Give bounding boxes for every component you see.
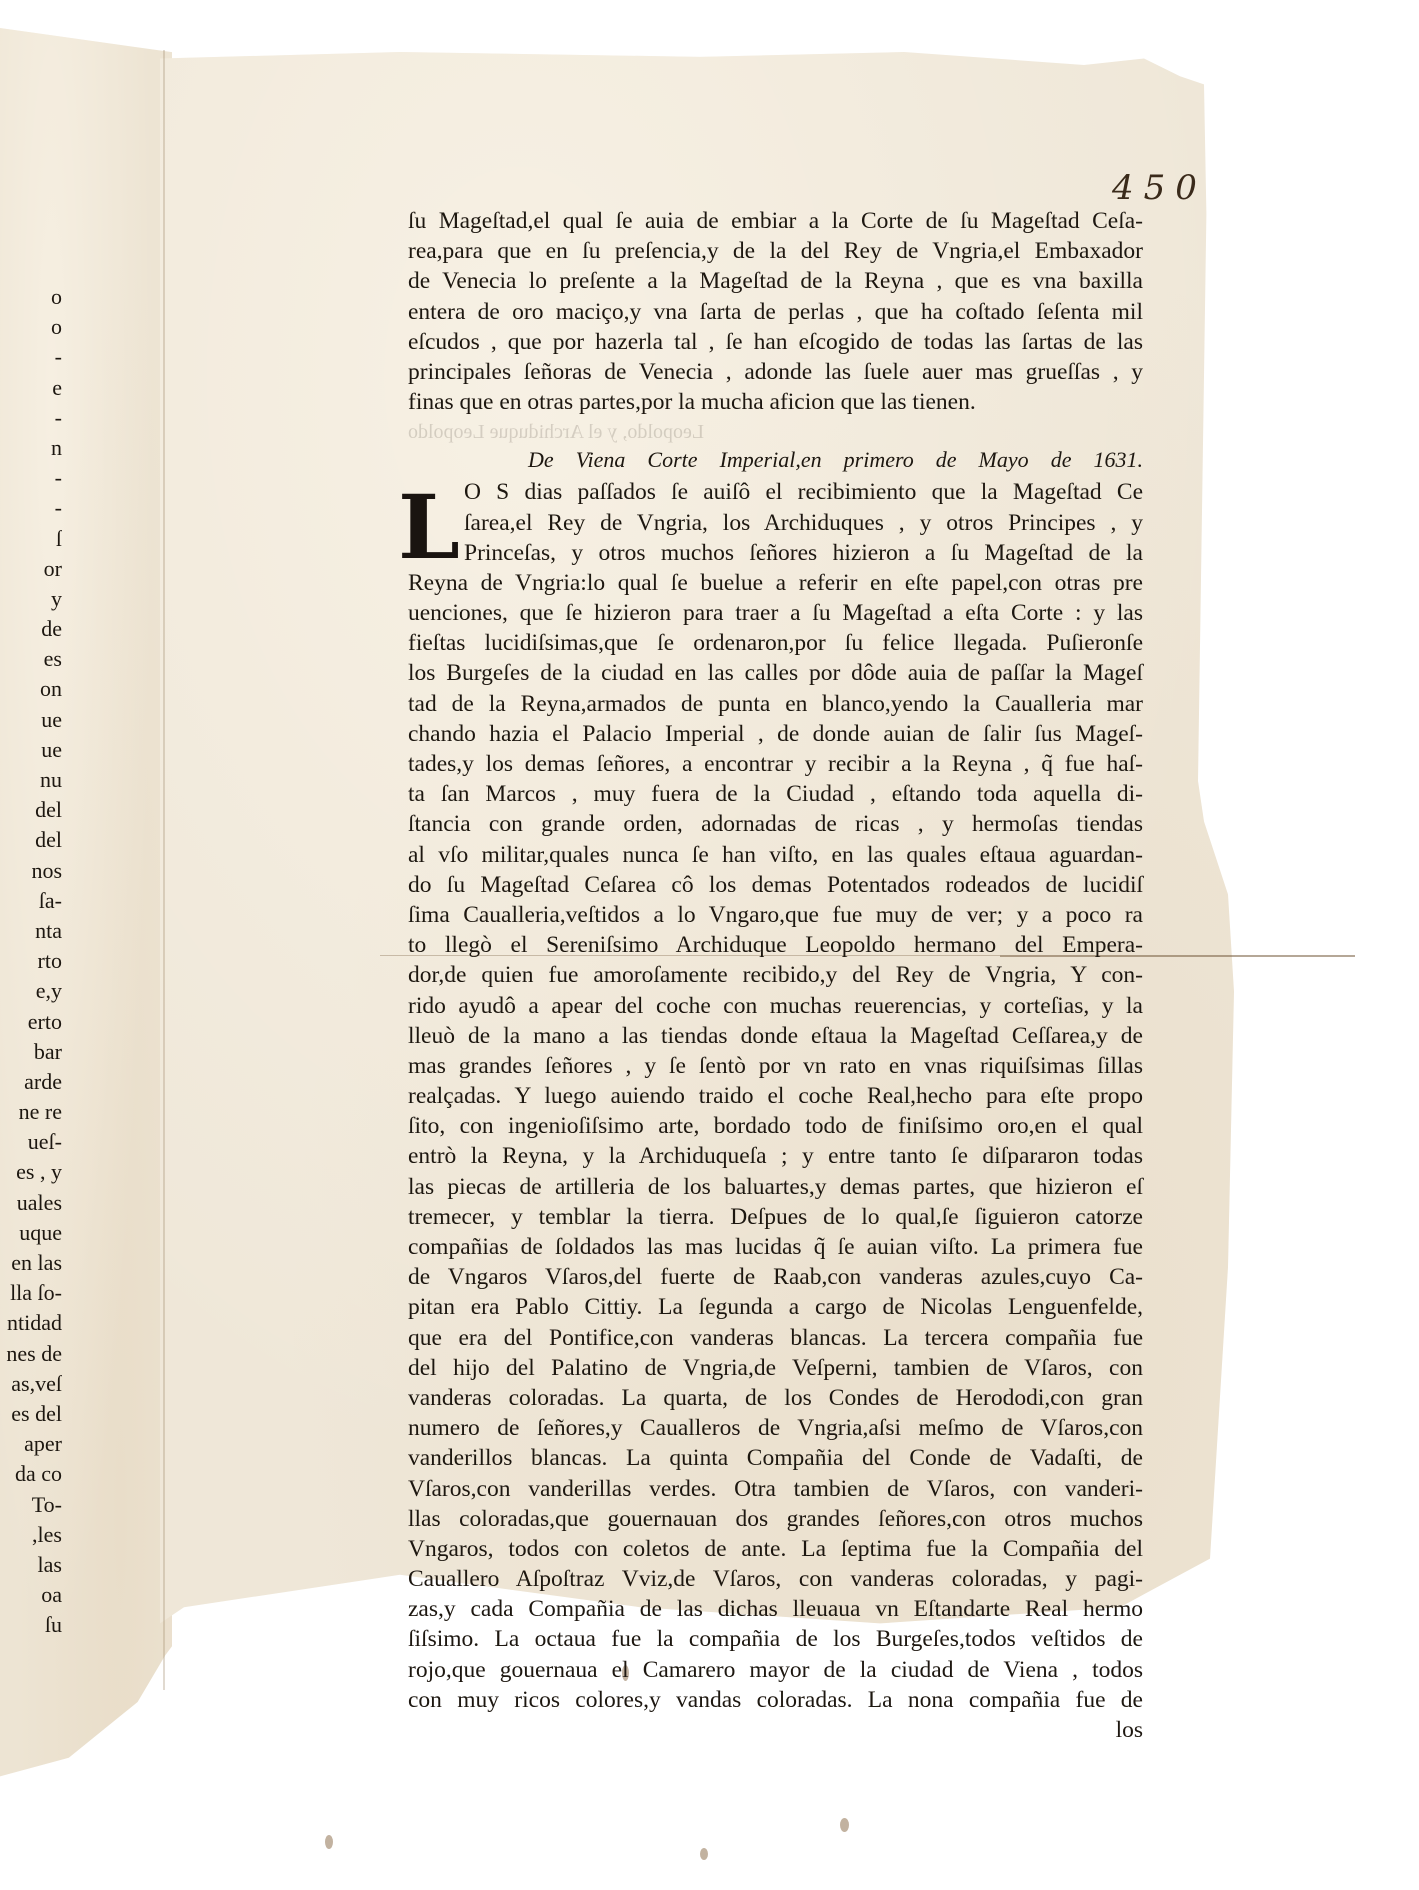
- left-page-fragment: arde: [0, 1067, 62, 1097]
- text-line: realçadas. Y luego auiendo traido el coc…: [408, 1081, 1143, 1111]
- text-line: de Vngaros Vſaros,del fuerte de Raab,con…: [408, 1262, 1143, 1292]
- foxing-stain: [325, 1835, 333, 1849]
- text-line: do ſu Mageſtad Ceſarea cô los demas Pote…: [408, 870, 1143, 900]
- left-page-fragment: es: [0, 644, 62, 674]
- foxing-stain: [700, 1848, 708, 1860]
- left-page-fragment: on: [0, 674, 62, 704]
- left-page-fragment: ,les: [0, 1520, 62, 1550]
- left-page-fragment: o: [0, 282, 62, 312]
- left-page-fragment: es , y: [0, 1157, 62, 1187]
- text-line: llas coloradas,que gouernauan dos grande…: [408, 1504, 1143, 1534]
- text-line: ta ſan Marcos , muy fuera de la Ciudad ,…: [408, 779, 1143, 809]
- left-page-fragment: uales: [0, 1188, 62, 1218]
- left-page-fragment: e: [0, 373, 62, 403]
- text-line: ſima Caualleria,veſtidos a lo Vngaro,que…: [408, 900, 1143, 930]
- text-line: compañias de ſoldados las mas lucidas q̃…: [408, 1232, 1143, 1262]
- left-page-fragment: bar: [0, 1037, 62, 1067]
- text-line: rojo,que gouernaua el Camarero mayor de …: [408, 1655, 1143, 1685]
- paragraph-1: ſu Mageſtad,el qual ſe auia de embiar a …: [408, 206, 1143, 417]
- left-page-fragment: or: [0, 554, 62, 584]
- text-line: entrò la Reyna, y la Archiduqueſa ; y en…: [408, 1141, 1143, 1171]
- text-line: rea,para que en ſu preſencia,y de la del…: [408, 236, 1143, 266]
- left-page-fragment: ue: [0, 735, 62, 765]
- text-line: ſito, con ingenioſiſsimo arte, bordado t…: [408, 1111, 1143, 1141]
- left-page-fragment: rto: [0, 946, 62, 976]
- page-fold-vertical: [163, 50, 165, 1690]
- text-line: tremecer, y temblar la tierra. Deſpues d…: [408, 1202, 1143, 1232]
- left-page-fragment: y: [0, 584, 62, 614]
- left-page-fragment: de: [0, 614, 62, 644]
- left-page-fragment: es del: [0, 1399, 62, 1429]
- text-line: pitan era Pablo Cittiy. La ſegunda a car…: [408, 1292, 1143, 1322]
- left-page-fragment: -: [0, 463, 62, 493]
- left-page-fragment: -: [0, 493, 62, 523]
- foxing-stain: [840, 1818, 849, 1832]
- text-line: Princeſas, y otros muchos ſeñores hizier…: [408, 538, 1143, 568]
- text-line: tades,y los demas ſeñores, a encontrar y…: [408, 749, 1143, 779]
- left-page-fragment: del: [0, 825, 62, 855]
- text-line: O S dias paſſados ſe auiſô el recibimien…: [408, 477, 1143, 507]
- left-page-fragment: ſu: [0, 1610, 62, 1640]
- text-line: ſiſsimo. La octaua fue la compañia de lo…: [408, 1624, 1143, 1654]
- text-line: tad de la Reyna,armados de punta en blan…: [408, 689, 1143, 719]
- left-page-fragment: nu: [0, 765, 62, 795]
- left-page-fragment: ne re: [0, 1097, 62, 1127]
- left-page-fragment: da co: [0, 1459, 62, 1489]
- left-page-fragment: e,y: [0, 976, 62, 1006]
- left-page-fragment: las: [0, 1550, 62, 1580]
- text-line: ſu Mageſtad,el qual ſe auia de embiar a …: [408, 206, 1143, 236]
- text-line: rido ayudô a apear del coche con muchas …: [408, 991, 1143, 1021]
- left-page-fragment: del: [0, 795, 62, 825]
- left-page-fragment: en las: [0, 1248, 62, 1278]
- handwritten-folio-number: 450: [1112, 168, 1207, 208]
- left-page-fragment: oa: [0, 1580, 62, 1610]
- left-page-fragment: as,veſ: [0, 1369, 62, 1399]
- left-page-fragment: ueſ-: [0, 1127, 62, 1157]
- text-line: chando hazia el Palacio Imperial , de do…: [408, 719, 1143, 749]
- left-page-fragment: ſ: [0, 524, 62, 554]
- text-line: Reyna de Vngria:lo qual ſe buelue a refe…: [408, 568, 1143, 598]
- left-page-fragment: -: [0, 342, 62, 372]
- text-line: uenciones, que ſe hizieron para traer a …: [408, 598, 1143, 628]
- text-line: Cauallero Aſpoſtraz Vviz,de Vſaros, con …: [408, 1564, 1143, 1594]
- left-page-fragment: ſa-: [0, 886, 62, 916]
- paragraph-2: L O S dias paſſados ſe auiſô el recibimi…: [408, 477, 1143, 1715]
- printed-text-block: ſu Mageſtad,el qual ſe auia de embiar a …: [408, 206, 1143, 1745]
- text-line: fieſtas lucidiſsimas,que ſe ordenaron,po…: [408, 628, 1143, 658]
- left-page-fragment: n: [0, 433, 62, 463]
- bleed-through-text: Leopoldo, y el Archiduque Leopoldo: [408, 417, 1143, 439]
- left-page-fragment: -: [0, 403, 62, 433]
- left-page-fragment: o: [0, 312, 62, 342]
- text-line: vanderillos blancas. La quinta Compañia …: [408, 1443, 1143, 1473]
- text-line: zas,y cada Compañia de las dichas lleuau…: [408, 1594, 1143, 1624]
- left-page-fragment: aper: [0, 1429, 62, 1459]
- left-page-fragment: ntidad: [0, 1308, 62, 1338]
- left-page-fragment: To-: [0, 1490, 62, 1520]
- drop-capital: L: [398, 483, 460, 571]
- dateline: De Viena Corte Imperial,en primero de Ma…: [408, 445, 1143, 477]
- text-line: que era del Pontifice,con vanderas blanc…: [408, 1323, 1143, 1353]
- text-line: entera de oro maciço,y vna ſarta de perl…: [408, 297, 1143, 327]
- left-page-fragment: erto: [0, 1007, 62, 1037]
- left-page-fragment: nos: [0, 856, 62, 886]
- text-line: al vſo militar,quales nunca ſe han viſto…: [408, 840, 1143, 870]
- left-page-text-fragments: oo-e-n--ſorydeesonueuenudeldelnosſa-ntar…: [0, 282, 62, 1640]
- text-line: principales ſeñoras de Venecia , adonde …: [408, 357, 1143, 387]
- text-line: finas que en otras partes,por la mucha a…: [408, 387, 1143, 417]
- left-page-fragment: nta: [0, 916, 62, 946]
- text-line: lleuò de la mano a las tiendas donde eſt…: [408, 1021, 1143, 1051]
- text-line: de Venecia lo preſente a la Mageſtad de …: [408, 266, 1143, 296]
- left-page-fragment: uque: [0, 1218, 62, 1248]
- left-page-fragment: ue: [0, 705, 62, 735]
- text-line: mas grandes ſeñores , y ſe ſentò por vn …: [408, 1051, 1143, 1081]
- text-line: las piecas de artilleria de los baluarte…: [408, 1172, 1143, 1202]
- left-page-fragment: lla ſo-: [0, 1278, 62, 1308]
- text-line: Vngaros, todos con coletos de ante. La ſ…: [408, 1534, 1143, 1564]
- text-line: to llegò el Sereniſsimo Archiduque Leopo…: [408, 930, 1143, 960]
- text-line: ſtancia con grande orden, adornadas de r…: [408, 809, 1143, 839]
- catchword: los: [408, 1715, 1143, 1745]
- left-page-fragment: nes de: [0, 1339, 62, 1369]
- text-line: los Burgeſes de la ciudad en las calles …: [408, 658, 1143, 688]
- text-line: numero de ſeñores,y Caualleros de Vngria…: [408, 1413, 1143, 1443]
- text-line: dor,de quien fue amoroſamente recibido,y…: [408, 960, 1143, 990]
- text-line: del hijo del Palatino de Vngria,de Veſpe…: [408, 1353, 1143, 1383]
- text-line: vanderas coloradas. La quarta, de los Co…: [408, 1383, 1143, 1413]
- text-line: eſcudos , que por hazerla tal , ſe han e…: [408, 327, 1143, 357]
- text-line: ſarea,el Rey de Vngria, los Archiduques …: [408, 508, 1143, 538]
- text-line: Vſaros,con vanderillas verdes. Otra tamb…: [408, 1474, 1143, 1504]
- text-line: con muy ricos colores,y vandas coloradas…: [408, 1685, 1143, 1715]
